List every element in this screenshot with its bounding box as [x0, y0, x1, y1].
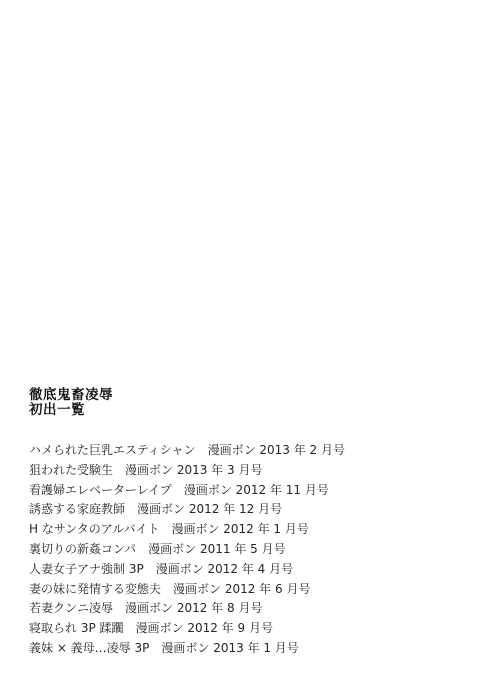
work-title: 義妹 × 義母…凌辱 3P — [29, 641, 149, 655]
list-item: ハメられた巨乳エスティシャン漫画ボン 2013 年 2 月号 — [29, 441, 345, 461]
work-title: 狙われた受験生 — [29, 463, 113, 477]
publication-source: 漫画ボン 2013 年 1 月号 — [161, 641, 298, 655]
list-item: 裏切りの新姦コンパ漫画ボン 2011 年 5 月号 — [29, 540, 345, 560]
list-item: 誘惑する家庭教師漫画ボン 2012 年 12 月号 — [29, 500, 345, 520]
work-title: 裏切りの新姦コンパ — [29, 542, 136, 556]
list-item: H なサンタのアルバイト漫画ボン 2012 年 1 月号 — [29, 520, 345, 540]
work-title: H なサンタのアルバイト — [29, 522, 159, 536]
publication-source: 漫画ボン 2012 年 6 月号 — [173, 582, 310, 596]
page-heading: 徹底鬼畜凌辱 初出一覧 — [29, 388, 113, 418]
publication-source: 漫画ボン 2012 年 1 月号 — [171, 522, 308, 536]
list-item: 妻の妹に発情する変態夫漫画ボン 2012 年 6 月号 — [29, 580, 345, 600]
work-title: 誘惑する家庭教師 — [29, 502, 125, 516]
work-title: 妻の妹に発情する変態夫 — [29, 582, 161, 596]
publication-source: 漫画ボン 2012 年 4 月号 — [156, 562, 293, 576]
publication-source: 漫画ボン 2013 年 2 月号 — [208, 443, 345, 457]
list-item: 看護婦エレベーターレイプ漫画ボン 2012 年 11 月号 — [29, 481, 345, 501]
work-title: 寝取られ 3P 蹂躙 — [29, 621, 124, 635]
work-title: 人妻女子アナ強制 3P — [29, 562, 144, 576]
publication-source: 漫画ボン 2011 年 5 月号 — [148, 542, 285, 556]
publication-source: 漫画ボン 2012 年 11 月号 — [184, 483, 329, 497]
book-title: 徹底鬼畜凌辱 — [29, 388, 113, 403]
list-item: 狙われた受験生漫画ボン 2013 年 3 月号 — [29, 461, 345, 481]
publication-source: 漫画ボン 2012 年 9 月号 — [136, 621, 273, 635]
list-item: 義妹 × 義母…凌辱 3P漫画ボン 2013 年 1 月号 — [29, 639, 345, 659]
list-item: 寝取られ 3P 蹂躙漫画ボン 2012 年 9 月号 — [29, 619, 345, 639]
list-item: 人妻女子アナ強制 3P漫画ボン 2012 年 4 月号 — [29, 560, 345, 580]
publication-source: 漫画ボン 2012 年 12 月号 — [137, 502, 282, 516]
publication-source: 漫画ボン 2012 年 8 月号 — [125, 601, 262, 615]
work-title: ハメられた巨乳エスティシャン — [29, 443, 196, 457]
book-page: 徹底鬼畜凌辱 初出一覧 ハメられた巨乳エスティシャン漫画ボン 2013 年 2 … — [0, 0, 480, 685]
publication-source: 漫画ボン 2013 年 3 月号 — [125, 463, 262, 477]
list-item: 若妻クンニ凌辱漫画ボン 2012 年 8 月号 — [29, 599, 345, 619]
section-title: 初出一覧 — [29, 403, 113, 418]
work-title: 若妻クンニ凌辱 — [29, 601, 113, 615]
work-title: 看護婦エレベーターレイプ — [29, 483, 172, 497]
first-appearance-list: ハメられた巨乳エスティシャン漫画ボン 2013 年 2 月号 狙われた受験生漫画… — [29, 441, 345, 659]
